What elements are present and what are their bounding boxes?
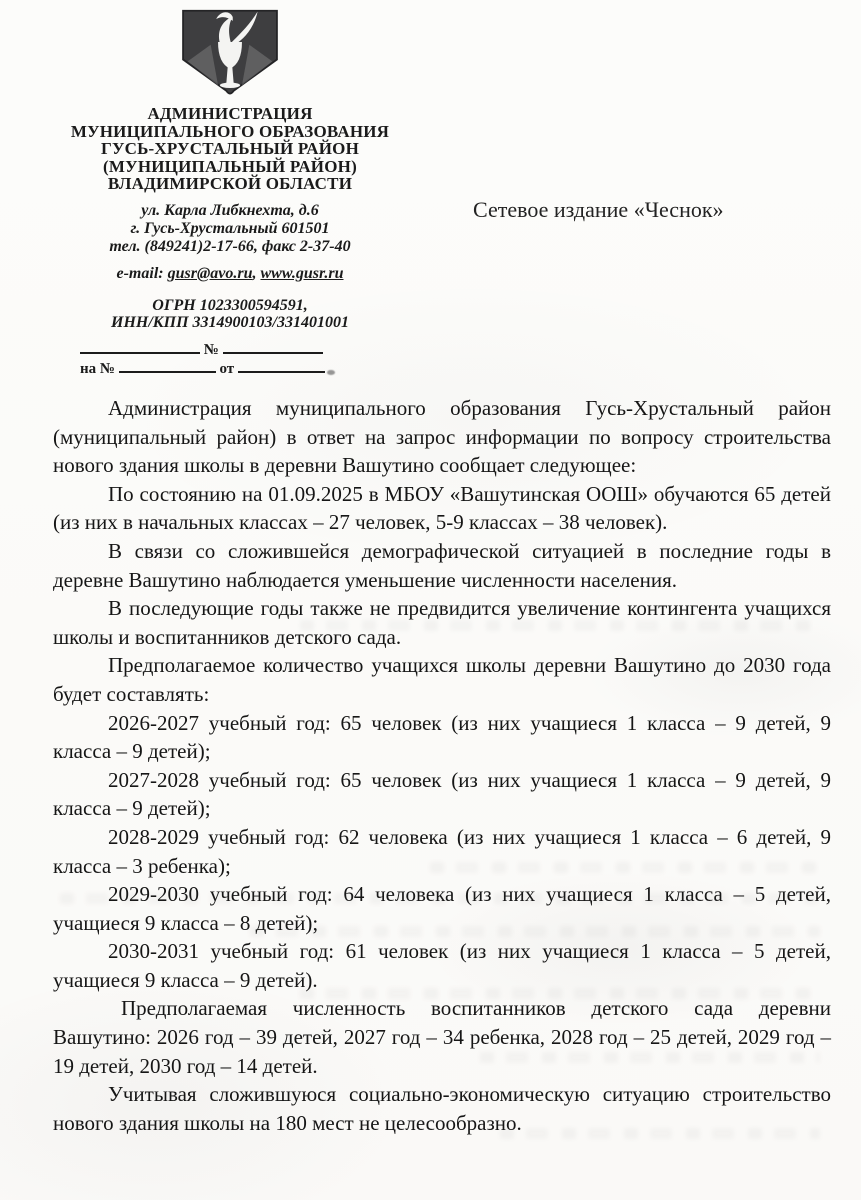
on-number-label: на № [80,361,115,377]
org-line: АДМИНИСТРАЦИЯ [20,105,440,123]
email-label: e-mail: [117,265,168,282]
on-number-blank-line [119,360,216,373]
number-label: № [204,342,219,358]
body-paragraph-school-year: 2026-2027 учебный год: 65 человек (из ни… [53,709,831,766]
incoming-ref-row: на № от [80,360,440,379]
org-line: ГУСЬ-ХРУСТАЛЬНЫЙ РАЙОН [20,140,440,158]
recipient-line: Сетевое издание «Чеснок» [473,197,724,223]
body-paragraph-school-year: 2030-2031 учебный год: 61 человек (из ни… [53,937,831,994]
body-paragraph-school-year: 2028-2029 учебный год: 62 человека (из н… [53,823,831,880]
org-line: МУНИЦИПАЛЬНОГО ОБРАЗОВАНИЯ [20,123,440,141]
ogrn-line: ОГРН 1023300594591, [20,297,440,315]
body-paragraph: Администрация муниципального образования… [53,394,831,480]
number-blank-line [223,341,323,354]
body-paragraph: Предполагаемая численность воспитанников… [53,994,831,1080]
address-line: ул. Карла Либкнехта, д.6 [20,202,440,220]
body-paragraph: Предполагаемое количество учащихся школы… [53,651,831,708]
address-line: г. Гусь-Хрустальный 601501 [20,220,440,238]
address-block: ул. Карла Либкнехта, д.6 г. Гусь-Хрустал… [20,202,440,256]
body-paragraph: По состоянию на 01.09.2025 в МБОУ «Вашут… [53,480,831,537]
from-blank-line [238,360,325,373]
body-paragraph: Учитывая сложившуюся социально-экономиче… [53,1080,831,1137]
org-name-block: АДМИНИСТРАЦИЯ МУНИЦИПАЛЬНОГО ОБРАЗОВАНИЯ… [20,105,440,193]
body-paragraph: В последующие годы также не предвидится … [53,594,831,651]
outgoing-ref-row: № [80,341,440,360]
reference-number-block: № на № от [20,341,440,379]
date-blank-line [80,341,200,354]
email-line: e-mail: gusr@avo.ru, www.gusr.ru [20,265,440,283]
body-paragraph-school-year: 2027-2028 учебный год: 65 человек (из ни… [53,766,831,823]
letterhead: АДМИНИСТРАЦИЯ МУНИЦИПАЛЬНОГО ОБРАЗОВАНИЯ… [20,8,440,379]
website-address: www.gusr.ru [260,265,343,282]
body-paragraph: В связи со сложившейся демографической с… [53,537,831,594]
body-paragraph-school-year: 2029-2030 учебный год: 64 человека (из н… [53,880,831,937]
inn-kpp-line: ИНН/КПП 3314900103/331401001 [20,314,440,332]
address-line: тел. (849241)2-17-66, факс 2-37-40 [20,238,440,256]
coat-of-arms-icon [175,8,285,100]
org-line: (МУНИЦИПАЛЬНЫЙ РАЙОН) [20,158,440,176]
from-label: от [219,361,234,377]
scanned-letter-page: АДМИНИСТРАЦИЯ МУНИЦИПАЛЬНОГО ОБРАЗОВАНИЯ… [0,0,861,1200]
registration-block: ОГРН 1023300594591, ИНН/КПП 3314900103/3… [20,297,440,332]
email-address: gusr@avo.ru [168,265,253,282]
org-line: ВЛАДИМИРСКОЙ ОБЛАСТИ [20,175,440,193]
letter-body: Администрация муниципального образования… [53,394,831,1137]
